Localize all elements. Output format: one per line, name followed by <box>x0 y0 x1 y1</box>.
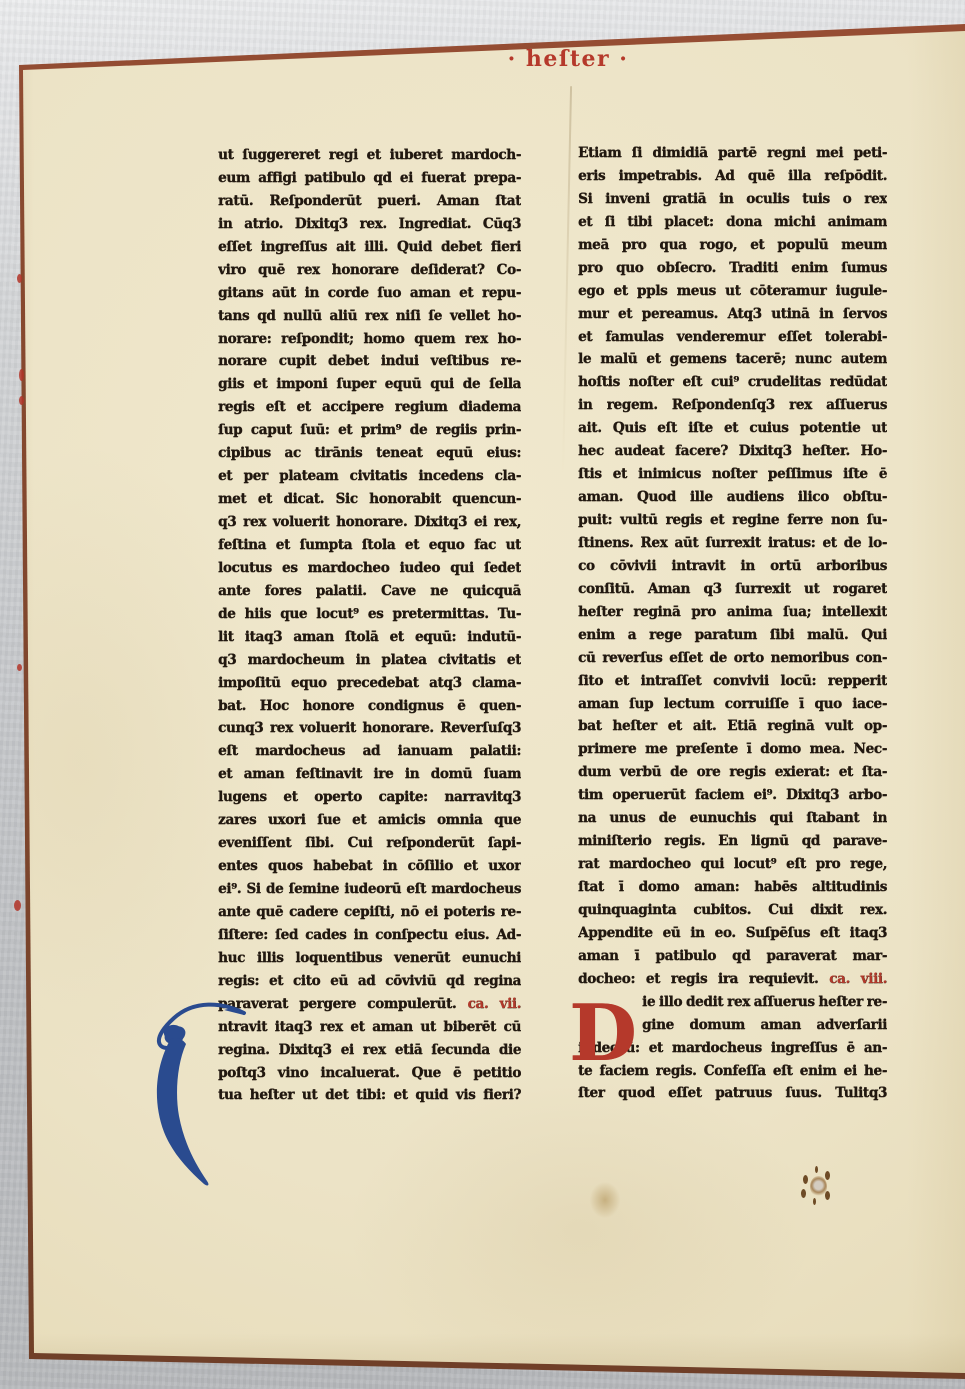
red-edge-speck <box>19 369 24 381</box>
right-column-line: bat heſter et ait. Etiā reginā vult op- <box>578 718 887 741</box>
left-column-line: ntravit itaq3 rex et aman ut biberēt cū <box>218 1019 521 1042</box>
right-column-line: ſter quod eſſet patruus ſuus. Tulitq3 <box>578 1085 887 1108</box>
right-column-line: ſtinens. Rex aūt ſurrexit iratus: et de … <box>578 535 887 558</box>
left-column-line: ei⁹. Si de ſemine iudeorū eſt mardocheus <box>218 881 521 904</box>
left-column-line: huc illis loquentibus venerūt eunuchi <box>218 950 521 973</box>
left-column-line: gitans aūt in corde ſuo aman et repu- <box>218 285 521 308</box>
red-edge-speck <box>19 396 24 405</box>
text-column-right: Etiam ſi dimidiā partē regni mei peti-er… <box>578 145 887 1108</box>
left-column-line: ſiſtere: ſed cades in conſpectu eius. Ad… <box>218 927 521 950</box>
left-column-line: cunq3 rex voluerit honorare. Reverſuſq3 <box>218 720 521 743</box>
right-column-line: mur et pereamus. Atq3 utinā in ſervos <box>578 306 887 329</box>
right-column-line: quinquaginta cubitos. Cui dixit rex. <box>578 902 887 925</box>
left-column-line: viro quē rex honorare deſiderat? Co- <box>218 262 521 285</box>
left-column-line: tans qd nullū aliū rex niſi ſe vellet ho… <box>218 308 521 331</box>
left-column-line: regina. Dixitq3 ei rex etiā ſecunda die <box>218 1042 521 1065</box>
left-column-line: norare: reſpondit; homo quem rex ho- <box>218 331 521 354</box>
left-column-line: ſup caput ſuū: et prim⁹ de regiis prin- <box>218 422 521 445</box>
right-column-line: cū reverſus eſſet de orto nemoribus con- <box>578 650 887 673</box>
left-column-line: met et dicat. Sic honorabit quencun- <box>218 491 521 514</box>
right-column-line: ſtat ī domo aman: habēs altitudinis <box>578 879 887 902</box>
right-column-line: rat mardocheo qui locut⁹ eſt pro rege, <box>578 856 887 879</box>
left-column-line: cipibus ac tirānis teneat equū eius: <box>218 445 521 468</box>
right-column-line: aman ſup lectum corruiſſe ī quo iace- <box>578 696 887 719</box>
left-column-line: ut ſuggereret regi et iuberet mardoch- <box>218 147 521 170</box>
left-column-line: norare cupit debet indui veſtibus re- <box>218 353 521 376</box>
left-column-line: impoſitū equo precedebat atq3 clama- <box>218 675 521 698</box>
red-edge-speck <box>17 664 22 671</box>
left-column-line: locutus es mardocheo iudeo qui ſedet <box>218 560 521 583</box>
right-column-line: hec audeat facere? Dixitq3 heſter. Ho- <box>578 443 887 466</box>
right-column-line: dum verbū de ore regis exierat: et ſta- <box>578 764 887 787</box>
right-column-line: et famulas venderemur eſſet tolerabi- <box>578 329 887 352</box>
right-column-line: heſter reginā pro anima ſua; intellexit <box>578 604 887 627</box>
right-column-line: conſitū. Aman q3 ſurrexit ut rogaret <box>578 581 887 604</box>
left-column-line: poſtq3 vino incaluerat. Que ē petitio <box>218 1065 521 1088</box>
right-column-line: puit: vultū regis et regine ferre non ſu… <box>578 512 887 535</box>
text-column-left: ut ſuggereret regi et iuberet mardoch-eu… <box>218 147 521 1110</box>
left-column-line: eveniſſent ſibi. Cui reſponderūt ſapi- <box>218 835 521 858</box>
left-column-line: et aman feſtinavit ire in domū ſuam <box>218 766 521 789</box>
right-column-line: pro quo obſecro. Traditi enim ſumus <box>578 260 887 283</box>
left-column-line: regis eſt et accipere regium diadema <box>218 399 521 422</box>
left-column-line: et per plateam civitatis incedens cla- <box>218 468 521 491</box>
left-column-line: ante fores palatii. Cave ne quicquā <box>218 583 521 606</box>
red-edge-speck <box>17 274 22 283</box>
right-column-line: aman ī patibulo qd paraverat mar- <box>578 948 887 971</box>
left-column-line: paraverat pergere compulerūt. ca. vii. <box>218 996 521 1019</box>
right-column-line: et ſi tibi placet: dona michi animam <box>578 214 887 237</box>
left-column-line: de hiis que locut⁹ es pretermittas. Tu- <box>218 606 521 629</box>
left-column-line: ratū. Reſponderūt pueri. Aman ſtat <box>218 193 521 216</box>
chapter7-initial-i-icon <box>144 996 248 1192</box>
left-column-line: eſt mardocheus ad ianuam palatii: <box>218 743 521 766</box>
right-column-line: enim a rege paratum ſibi malū. Qui <box>578 627 887 650</box>
right-column-line: ſtis et inimicus noſter peſſimus iſte ē <box>578 466 887 489</box>
left-column-line: zares uxori ſue et amicis omnia que <box>218 812 521 835</box>
right-column-line: primere me preſente ī domo mea. Nec- <box>578 741 887 764</box>
left-column-line: entes quos habebat in cōſilio et uxor <box>218 858 521 881</box>
left-column-line: tua heſter ut det tibi: et quid vis fier… <box>218 1087 521 1110</box>
left-column-line: bat. Hoc honore condignus ē quen- <box>218 698 521 721</box>
right-column-line: ait. Quis eſt iſte et cuius potentie ut <box>578 420 887 443</box>
right-column-line: Etiam ſi dimidiā partē regni mei peti- <box>578 145 887 168</box>
left-column-line: regis: et cito eū ad cōviviū qd regina <box>218 973 521 996</box>
chapter-rubric: ca. vii. <box>467 996 521 1012</box>
right-column-line: Si inveni gratiā in oculis tuis o rex <box>578 191 887 214</box>
right-column-line: hoſtis noſter eſt cui⁹ crudelitas redūda… <box>578 374 887 397</box>
left-column-line: ante quē cadere cepiſti, nō ei poteris r… <box>218 904 521 927</box>
left-column-line: in atrio. Dixitq3 rex. Ingrediat. Cūq3 <box>218 216 521 239</box>
red-edge-speck <box>14 900 21 911</box>
right-column-line: in regem. Reſpondenſq3 rex aſſuerus <box>578 397 887 420</box>
left-column-line: q3 mardocheum in platea civitatis et <box>218 652 521 675</box>
chapter8-initial-d: D <box>569 998 637 1070</box>
right-column-line: tim operuerūt faciem ei⁹. Dixitq3 arbo- <box>578 787 887 810</box>
right-column-line: le malū et gemens tacerē; nunc autem <box>578 351 887 374</box>
right-column-line: eris impetrabis. Ad quē illa reſpōdit. <box>578 168 887 191</box>
parchment-blemish <box>810 1176 827 1197</box>
left-column-line: giis et imponi ſuper equū qui de ſella <box>218 376 521 399</box>
left-column-line: lugens et operto capite: narravitq3 <box>218 789 521 812</box>
left-column-line: eum affigi patibulo qd ei fuerat prepa- <box>218 170 521 193</box>
right-column-line: meā pro qua rogo, et populū meum <box>578 237 887 260</box>
right-column-line: ſito et intraſſet convivii locū: repperi… <box>578 673 887 696</box>
right-column-line: co cōvivii intravit in ortū arboribus <box>578 558 887 581</box>
left-column-line: lit itaq3 aman ſtolā et equū: indutū- <box>218 629 521 652</box>
right-column-line: ego et ppls meus ut cōteramur iugule- <box>578 283 887 306</box>
left-column-line: feſtina et ſumpta ſtola et equo fac ut <box>218 537 521 560</box>
right-column-line: Appendite eū in eo. Suſpēſus eſt itaq3 <box>578 925 887 948</box>
left-column-line: q3 rex voluerit honorare. Dixitq3 ei rex… <box>218 514 521 537</box>
running-title-hester: · heſter · <box>488 46 648 72</box>
right-column-line: na unus de eunuchis qui ſtabant in <box>578 810 887 833</box>
chapter-rubric: ca. viii. <box>829 971 887 987</box>
left-column-line: eſſet ingreſſus ait illi. Quid debet fie… <box>218 239 521 262</box>
right-column-line: miniſterio regis. En lignū qd parave- <box>578 833 887 856</box>
right-column-line: aman. Quod ille audiens ilico obſtu- <box>578 489 887 512</box>
